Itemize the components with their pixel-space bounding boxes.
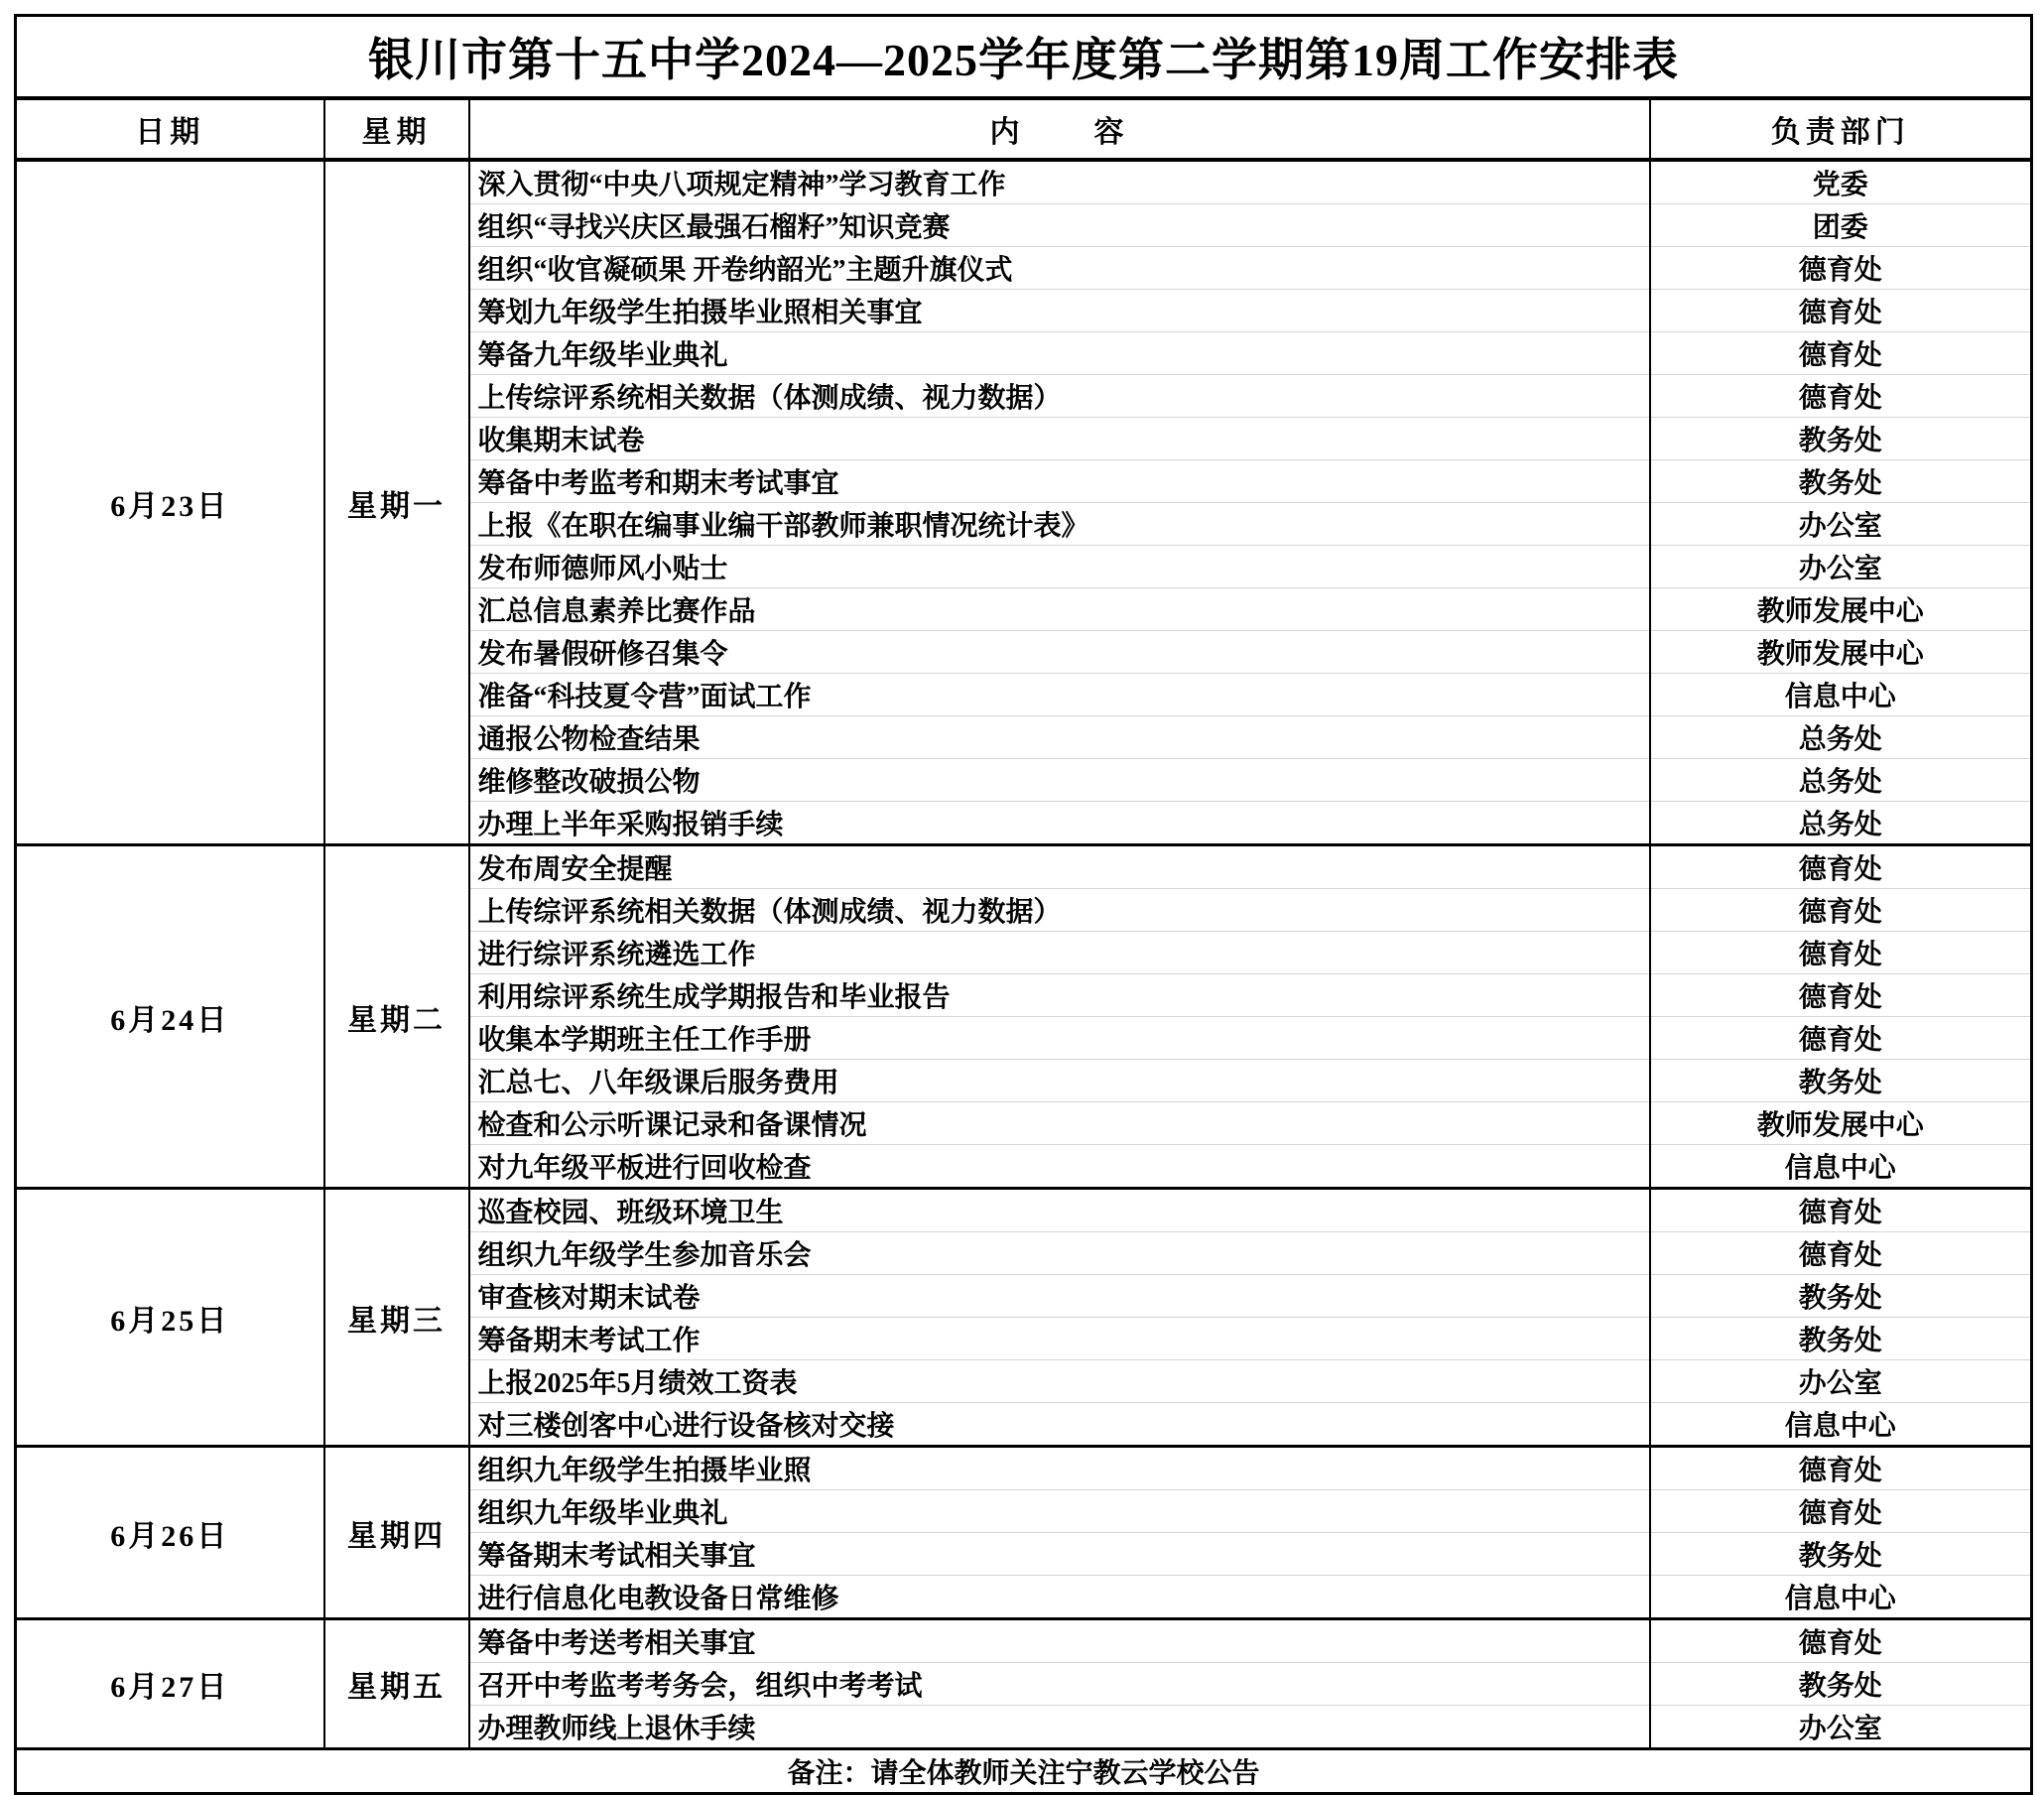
task-content-cell: 深入贯彻“中央八项规定精神”学习教育工作 <box>469 160 1650 204</box>
task-content-cell: 筹备中考监考和期末考试事宜 <box>469 460 1650 503</box>
task-content-cell: 审查核对期末试卷 <box>469 1275 1650 1318</box>
task-department-cell: 德育处 <box>1650 1619 2032 1663</box>
task-content-cell: 筹备九年级毕业典礼 <box>469 332 1650 375</box>
column-header-date: 日期 <box>16 98 324 160</box>
task-row: 6月24日星期二发布周安全提醒德育处 <box>16 845 2032 889</box>
task-department-cell: 信息中心 <box>1650 1403 2032 1447</box>
weekday-cell: 星期二 <box>324 845 469 1189</box>
task-content-cell: 汇总信息素养比赛作品 <box>469 588 1650 631</box>
task-department-cell: 德育处 <box>1650 290 2032 332</box>
task-row: 6月26日星期四组织九年级学生拍摄毕业照德育处 <box>16 1447 2032 1490</box>
task-department-cell: 党委 <box>1650 160 2032 204</box>
column-header-weekday: 星期 <box>324 98 469 160</box>
task-department-cell: 教师发展中心 <box>1650 631 2032 674</box>
task-department-cell: 团委 <box>1650 204 2032 247</box>
date-cell: 6月26日 <box>16 1447 324 1619</box>
task-department-cell: 德育处 <box>1650 1232 2032 1275</box>
task-row: 6月23日星期一深入贯彻“中央八项规定精神”学习教育工作党委 <box>16 160 2032 204</box>
task-department-cell: 总务处 <box>1650 802 2032 845</box>
work-schedule-table: 银川市第十五中学2024—2025学年度第二学期第19周工作安排表 日期 星期 … <box>14 14 2033 1795</box>
task-content-cell: 发布周安全提醒 <box>469 845 1650 889</box>
task-department-cell: 德育处 <box>1650 1490 2032 1533</box>
task-department-cell: 教务处 <box>1650 460 2032 503</box>
task-department-cell: 教师发展中心 <box>1650 588 2032 631</box>
task-row: 6月27日星期五筹备中考送考相关事宜德育处 <box>16 1619 2032 1663</box>
task-department-cell: 德育处 <box>1650 375 2032 418</box>
task-content-cell: 组织“收官凝硕果 开卷纳韶光”主题升旗仪式 <box>469 247 1650 290</box>
task-content-cell: 筹划九年级学生拍摄毕业照相关事宜 <box>469 290 1650 332</box>
task-content-cell: 准备“科技夏令营”面试工作 <box>469 674 1650 716</box>
task-department-cell: 教务处 <box>1650 1275 2032 1318</box>
task-content-cell: 发布暑假研修召集令 <box>469 631 1650 674</box>
task-department-cell: 教务处 <box>1650 1318 2032 1360</box>
task-content-cell: 维修整改破损公物 <box>469 759 1650 802</box>
task-content-cell: 上传综评系统相关数据（体测成绩、视力数据） <box>469 375 1650 418</box>
date-cell: 6月23日 <box>16 160 324 845</box>
task-content-cell: 组织“寻找兴庆区最强石榴籽”知识竞赛 <box>469 204 1650 247</box>
task-content-cell: 召开中考监考考务会，组织中考考试 <box>469 1663 1650 1706</box>
task-department-cell: 德育处 <box>1650 247 2032 290</box>
task-department-cell: 信息中心 <box>1650 674 2032 716</box>
task-content-cell: 筹备期末考试相关事宜 <box>469 1533 1650 1576</box>
task-department-cell: 德育处 <box>1650 1017 2032 1060</box>
task-department-cell: 教师发展中心 <box>1650 1102 2032 1145</box>
task-content-cell: 组织九年级学生参加音乐会 <box>469 1232 1650 1275</box>
task-row: 6月25日星期三巡查校园、班级环境卫生德育处 <box>16 1189 2032 1232</box>
task-content-cell: 上报《在职在编事业编干部教师兼职情况统计表》 <box>469 503 1650 546</box>
task-department-cell: 总务处 <box>1650 716 2032 759</box>
task-department-cell: 办公室 <box>1650 1360 2032 1403</box>
task-department-cell: 总务处 <box>1650 759 2032 802</box>
task-content-cell: 发布师德师风小贴士 <box>469 546 1650 588</box>
task-content-cell: 对九年级平板进行回收检查 <box>469 1145 1650 1189</box>
task-department-cell: 信息中心 <box>1650 1145 2032 1189</box>
task-content-cell: 对三楼创客中心进行设备核对交接 <box>469 1403 1650 1447</box>
task-content-cell: 筹备中考送考相关事宜 <box>469 1619 1650 1663</box>
task-content-cell: 检查和公示听课记录和备课情况 <box>469 1102 1650 1145</box>
task-content-cell: 收集本学期班主任工作手册 <box>469 1017 1650 1060</box>
task-content-cell: 组织九年级毕业典礼 <box>469 1490 1650 1533</box>
footer-row: 备注：请全体教师关注宁教云学校公告 <box>16 1749 2032 1794</box>
task-content-cell: 进行信息化电教设备日常维修 <box>469 1576 1650 1619</box>
task-content-cell: 进行综评系统遴选工作 <box>469 932 1650 974</box>
task-department-cell: 教务处 <box>1650 1663 2032 1706</box>
task-content-cell: 利用综评系统生成学期报告和毕业报告 <box>469 974 1650 1017</box>
weekday-cell: 星期四 <box>324 1447 469 1619</box>
task-department-cell: 信息中心 <box>1650 1576 2032 1619</box>
task-department-cell: 教务处 <box>1650 1060 2032 1102</box>
date-cell: 6月25日 <box>16 1189 324 1447</box>
task-department-cell: 德育处 <box>1650 845 2032 889</box>
task-department-cell: 办公室 <box>1650 503 2032 546</box>
task-content-cell: 通报公物检查结果 <box>469 716 1650 759</box>
weekday-cell: 星期三 <box>324 1189 469 1447</box>
task-department-cell: 德育处 <box>1650 332 2032 375</box>
date-cell: 6月27日 <box>16 1619 324 1749</box>
header-row: 日期 星期 内 容 负责部门 <box>16 98 2032 160</box>
task-department-cell: 德育处 <box>1650 932 2032 974</box>
task-content-cell: 上传综评系统相关数据（体测成绩、视力数据） <box>469 889 1650 932</box>
task-content-cell: 巡查校园、班级环境卫生 <box>469 1189 1650 1232</box>
footer-note: 备注：请全体教师关注宁教云学校公告 <box>16 1749 2032 1794</box>
task-content-cell: 收集期末试卷 <box>469 418 1650 460</box>
column-header-content: 内 容 <box>469 98 1650 160</box>
task-department-cell: 办公室 <box>1650 1706 2032 1749</box>
task-department-cell: 德育处 <box>1650 1189 2032 1232</box>
task-content-cell: 汇总七、八年级课后服务费用 <box>469 1060 1650 1102</box>
task-content-cell: 办理上半年采购报销手续 <box>469 802 1650 845</box>
weekday-cell: 星期一 <box>324 160 469 845</box>
task-department-cell: 德育处 <box>1650 1447 2032 1490</box>
task-department-cell: 教务处 <box>1650 418 2032 460</box>
weekday-cell: 星期五 <box>324 1619 469 1749</box>
task-department-cell: 办公室 <box>1650 546 2032 588</box>
schedule-body: 6月23日星期一深入贯彻“中央八项规定精神”学习教育工作党委组织“寻找兴庆区最强… <box>16 160 2032 1749</box>
table-title: 银川市第十五中学2024—2025学年度第二学期第19周工作安排表 <box>16 16 2032 99</box>
task-content-cell: 上报2025年5月绩效工资表 <box>469 1360 1650 1403</box>
task-department-cell: 德育处 <box>1650 889 2032 932</box>
page: 银川市第十五中学2024—2025学年度第二学期第19周工作安排表 日期 星期 … <box>0 0 2044 1681</box>
title-row: 银川市第十五中学2024—2025学年度第二学期第19周工作安排表 <box>16 16 2032 99</box>
task-content-cell: 办理教师线上退休手续 <box>469 1706 1650 1749</box>
task-content-cell: 筹备期末考试工作 <box>469 1318 1650 1360</box>
task-content-cell: 组织九年级学生拍摄毕业照 <box>469 1447 1650 1490</box>
date-cell: 6月24日 <box>16 845 324 1189</box>
task-department-cell: 教务处 <box>1650 1533 2032 1576</box>
column-header-department: 负责部门 <box>1650 98 2032 160</box>
task-department-cell: 德育处 <box>1650 974 2032 1017</box>
